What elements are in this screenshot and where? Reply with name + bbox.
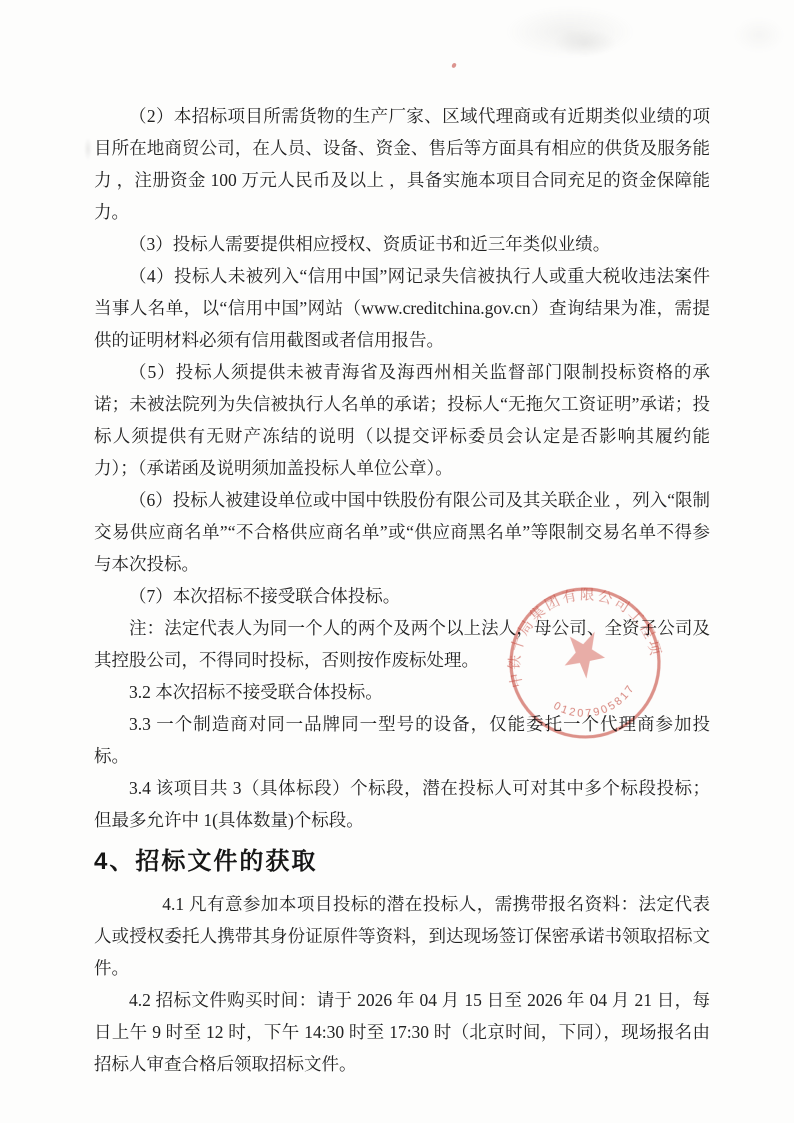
scan-smudge <box>505 6 635 58</box>
paragraph-item-3: （3）投标人需要提供相应授权、资质证书和近三年类似业绩。 <box>94 228 710 260</box>
paragraph-item-4: （4）投标人未被列入“信用中国”网记录失信被执行人或重大税收违法案件当事人名单，… <box>94 260 710 356</box>
paragraph-item-5: （5）投标人须提供未被青海省及海西州相关监督部门限制投标资格的承诺；未被法院列为… <box>94 356 710 484</box>
paragraph-item-7: （7）本次招标不接受联合体投标。 <box>94 580 710 612</box>
paragraph-3-3: 3.3 一个制造商对同一品牌同一型号的设备，仅能委托一个代理商参加投标。 <box>94 708 710 772</box>
document-page: （2）本招标项目所需货物的生产厂家、区域代理商或有近期类似业绩的项目所在地商贸公… <box>0 0 794 1123</box>
section-4-heading: 4、招标文件的获取 <box>94 845 710 879</box>
paragraph-item-2: （2）本招标项目所需货物的生产厂家、区域代理商或有近期类似业绩的项目所在地商贸公… <box>94 100 710 228</box>
paragraph-4-2: 4.2 招标文件购买时间：请于 2026 年 04 月 15 日至 2026 年… <box>94 984 710 1080</box>
scan-smudge <box>555 30 615 56</box>
document-content: （2）本招标项目所需货物的生产厂家、区域代理商或有近期类似业绩的项目所在地商贸公… <box>94 100 710 1080</box>
paragraph-4-1: 4.1 凡有意参加本项目投标的潜在投标人，需携带报名资料：法定代表人或授权委托人… <box>94 888 710 984</box>
paragraph-3-2: 3.2 本次招标不接受联合体投标。 <box>94 676 710 708</box>
red-ink-speck <box>451 62 456 68</box>
scan-smudge <box>735 18 783 52</box>
paragraph-note: 注：法定代表人为同一个人的两个及两个以上法人，母公司、全资子公司及其控股公司，不… <box>94 612 710 676</box>
paragraph-3-4: 3.4 该项目共 3（具体标段）个标段，潜在投标人可对其中多个标段投标；但最多允… <box>94 772 710 836</box>
scan-smudge <box>84 138 92 160</box>
paragraph-item-6: （6）投标人被建设单位或中国中铁股份有限公司及其关联企业 ，列入“限制交易供应商… <box>94 484 710 580</box>
